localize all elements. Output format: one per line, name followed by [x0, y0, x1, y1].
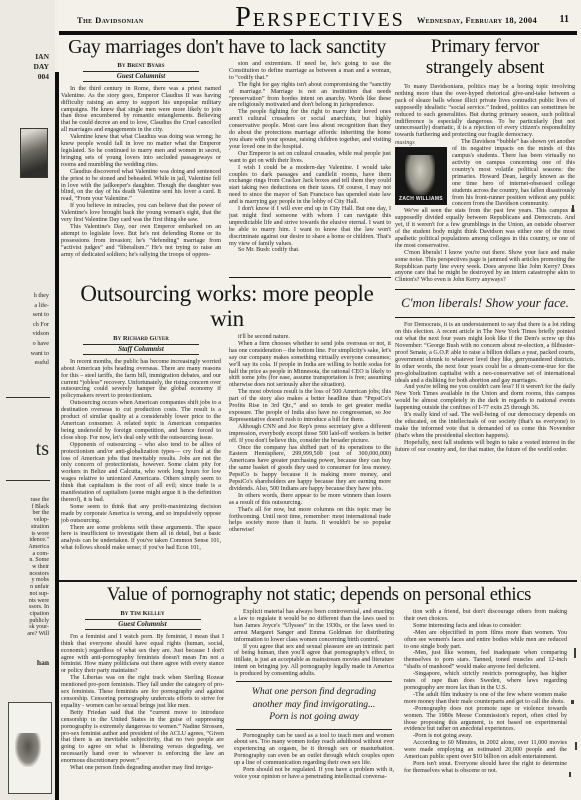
byline-block: By Brent Byars Guest Columnist — [83, 63, 199, 82]
pull-quote: What one person find degrading another m… — [236, 681, 392, 730]
article-paragraph: The Libertas was on the right track when… — [61, 675, 224, 710]
section-divider-rule — [59, 580, 577, 582]
adjacent-illustration-fragment — [8, 702, 52, 794]
columnist-photo: musings ZACH WILLIAMS — [395, 140, 447, 205]
portrait-face — [405, 155, 435, 195]
article-paragraph: C'mon liberals! I know you're out there.… — [395, 250, 575, 285]
masthead-rule — [59, 31, 577, 35]
pull-quote-line: What one person find degrading — [236, 686, 392, 699]
article-paragraph: The people fighting for the right to mar… — [229, 109, 391, 150]
adjacent-text-fragment: h they a life- sent to ch For vidson o h… — [31, 291, 49, 368]
scan-artifact — [575, 742, 577, 750]
adjacent-masthead-fragment: IAN DAY 004 — [33, 52, 49, 82]
adjacent-page-edge: IAN DAY 004 h they a life- sent to ch Fo… — [0, 0, 55, 800]
article-paragraph: The most obvious result is the loss of 5… — [229, 389, 391, 424]
scan-artifact — [571, 700, 574, 704]
article-paragraph: According to 60 Minutes, in 2002 alone, … — [404, 740, 567, 761]
article-paragraph: Explicit material has always been contro… — [234, 609, 394, 644]
article-paragraph: -The adult film industry is one of the f… — [404, 692, 567, 706]
article-paragraph: This Valentine's Day, our own Emperor em… — [61, 224, 221, 259]
article-paragraph: Porn should not be regulated. If you hav… — [234, 767, 394, 781]
article-paragraph: Valentine knew that what Claudius was do… — [61, 134, 221, 169]
article-paragraph: Some seem to think that any profit-maxim… — [61, 504, 221, 525]
article-paragraph: -Pornography does not promote rape or vi… — [404, 706, 567, 734]
adjacent-photo-fragment — [20, 128, 48, 178]
article-outsourcing: Outsourcing works: more people win By Ri… — [61, 281, 393, 579]
article-column: By Tim Kelley Guest Columnist I'm a femi… — [61, 609, 224, 781]
article-paragraph: It's really kind of sad. The well-being … — [395, 412, 575, 440]
pull-quote-line: another may find invigorating... — [236, 699, 392, 712]
adjacent-headline-fragment: ts — [36, 438, 49, 460]
article-column: it'll be second nature. When a firm choo… — [229, 334, 391, 552]
article-paragraph: -Singapore, which strictly restricts por… — [404, 671, 567, 692]
article-paragraph: sion and extremism. If need be, he's goi… — [229, 61, 391, 82]
page-number: 11 — [560, 14, 569, 25]
column-divider-rule — [229, 277, 391, 278]
article-headline: Value of pornography not static; depends… — [61, 585, 577, 606]
article-paragraph: Claudius discovered what Valentine was d… — [61, 169, 221, 204]
article-paragraph: I don't know if I will ever end up in Ci… — [229, 206, 391, 247]
byline-role: Guest Columnist — [85, 620, 201, 630]
article-gay-marriages: Gay marriages don't have to lack sanctit… — [61, 36, 393, 276]
article-headline-line2: strangely absent — [395, 57, 575, 78]
photo-credit: ZACH WILLIAMS — [395, 196, 447, 203]
article-headline: Gay marriages don't have to lack sanctit… — [61, 36, 393, 58]
pull-quote-line: Porn is not going away — [236, 711, 392, 724]
scan-artifact — [574, 648, 576, 658]
article-paragraph: To many Davidsonians, politics may be a … — [395, 84, 575, 139]
article-paragraph: If you believe in miracles, you can beli… — [61, 203, 221, 224]
byline: By Brent Byars — [83, 63, 199, 72]
article-body: For Democrats, it is an understatement t… — [395, 322, 575, 453]
article-primary-fervor: Primary fervor strangely absent To many … — [395, 36, 575, 578]
crosshead-pull-line: C'mon liberals! Show your face. — [395, 289, 575, 318]
article-paragraph: The fight for gay rights isn't about com… — [229, 82, 391, 110]
article-paragraph: What one person finds degrading another … — [61, 765, 224, 772]
article-column: By Richard Guyer Staff Columnist In rece… — [61, 334, 221, 552]
article-paragraph: Outsourcing occurs when American compani… — [61, 400, 221, 441]
adjacent-text-fragment: han — [37, 658, 49, 667]
newspaper-scan: { "masthead": { "paper_name": "The David… — [0, 0, 581, 800]
article-paragraph: tion with a friend, but don't discourage… — [404, 609, 567, 623]
article-paragraph: When a firm chooses whether to send jobs… — [229, 341, 391, 389]
byline-role: Guest Columnist — [83, 72, 199, 82]
article-column: Explicit material has always been contro… — [234, 609, 394, 781]
article-paragraph: That's all for now, but more columns on … — [229, 507, 391, 535]
byline-block: By Richard Guyer Staff Columnist — [83, 336, 199, 355]
byline: By Richard Guyer — [83, 336, 199, 345]
article-paragraph: For Democrats, it is an understatement t… — [395, 322, 575, 384]
article-paragraph: -Men, just like women, feel inadequate w… — [404, 650, 567, 671]
article-paragraph: I'm a feminist and I watch porn. By femi… — [61, 634, 224, 675]
article-paragraph: Once the company has shifted part of its… — [229, 445, 391, 493]
scan-artifact — [569, 772, 571, 777]
article-headline-line1: Primary fervor — [395, 36, 575, 57]
article-paragraph: Although CNN and Joe Rep's press secreta… — [229, 424, 391, 445]
article-paragraph: -Porn is not going away. — [404, 733, 567, 740]
byline-role: Staff Columnist — [83, 345, 199, 355]
article-paragraph: Some interesting facts and ideas to cons… — [404, 623, 567, 630]
article-column: By Brent Byars Guest Columnist In the th… — [61, 61, 221, 258]
article-paragraph: If you agree that sex and sexual pleasur… — [234, 644, 394, 679]
article-paragraph: And you're telling me you couldn't care … — [395, 384, 575, 412]
article-body: To many Davidsonians, politics may be a … — [395, 84, 575, 284]
article-paragraph: Opponents of outsourcing – who also tend… — [61, 442, 221, 504]
article-paragraph: -Men are objectified in porn films more … — [404, 630, 567, 651]
article-paragraph: We've all seen the stats from the past f… — [395, 208, 575, 249]
article-paragraph: Our Emperor is set on cultural crusades,… — [229, 151, 391, 165]
article-paragraph: Hopefully, next fall students will begin… — [395, 440, 575, 454]
columnist-portrait: ZACH WILLIAMS — [395, 147, 447, 205]
scan-artifact — [572, 205, 574, 212]
article-paragraph: it'll be second nature. — [229, 334, 391, 341]
article-paragraph: Porn isn't smut. Everyone should have th… — [404, 761, 567, 775]
adjacent-divider — [6, 397, 50, 398]
article-paragraph: Pornography can be used as a tool to tea… — [234, 733, 394, 768]
byline-block: By Tim Kelley Guest Columnist — [85, 611, 201, 630]
article-column: tion with a friend, but don't discourage… — [404, 609, 567, 781]
article-paragraph: In recent months, the public has become … — [61, 359, 221, 400]
perspectives-page: The Davidsonian Perspectives Wednesday, … — [59, 0, 581, 800]
article-pornography: Value of pornography not static; depends… — [61, 585, 577, 800]
article-paragraph: In others words, there appear to be more… — [229, 493, 391, 507]
illustration-blob — [15, 733, 41, 767]
column-logo-label: musings — [395, 140, 447, 147]
article-paragraph: There are some problems with these argum… — [61, 525, 221, 553]
adjacent-divider — [6, 480, 50, 481]
article-paragraph: In the third century in Rome, there was … — [61, 86, 221, 134]
article-paragraph: I wish I could be a modern-day Valentine… — [229, 165, 391, 206]
article-headline: Outsourcing works: more people win — [61, 281, 393, 331]
adjacent-text-fragment: rase the f Black ber the velop- stration… — [27, 497, 49, 638]
article-paragraph: Betty Friedan said that the “current mov… — [61, 710, 224, 765]
byline: By Tim Kelley — [85, 611, 201, 620]
article-column: sion and extremism. If need be, he's goi… — [229, 61, 391, 258]
article-paragraph: So Mr. Bush: codify that. — [229, 247, 391, 254]
issue-date: Wednesday, February 18, 2004 — [417, 15, 537, 25]
